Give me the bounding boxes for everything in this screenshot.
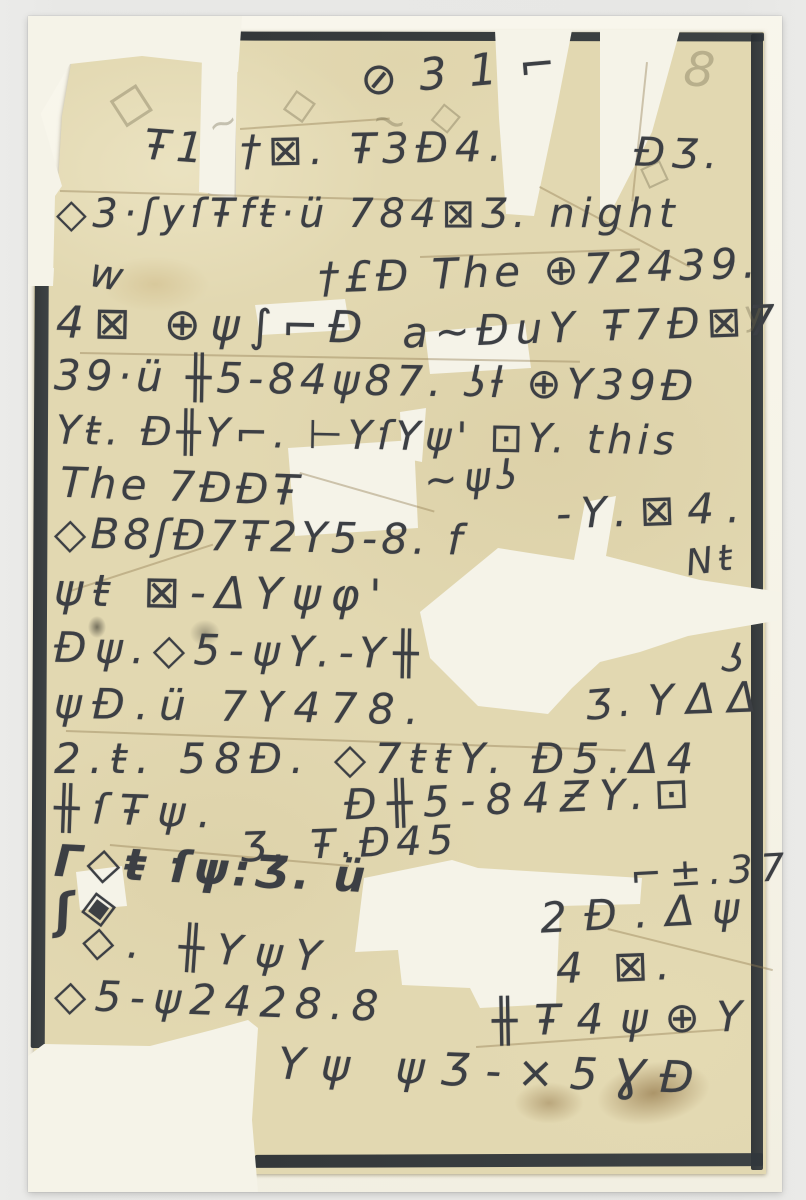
cipher-line: Ðψ.◇5-ψY.-Y╫: [54, 627, 428, 676]
cipher-line: Ŧ1: [143, 124, 212, 170]
cipher-line: YΔΔ: [647, 676, 769, 722]
cipher-line: ◇B8ʃÐ7Ŧ2Y5-8. f: [54, 512, 467, 561]
cipher-line: ╫ſŦψ.: [53, 787, 224, 835]
cipher-line: ◇. ╫YψY: [81, 919, 335, 978]
cipher-line: ⊘31⌐: [358, 41, 579, 104]
cipher-line: Yψ ψƷ-×5ƔÐ: [277, 1042, 710, 1101]
cipher-line: w: [87, 253, 132, 299]
cipher-line: ╫Ŧ4ψ⊕Y: [492, 996, 760, 1043]
manuscript-scan: ◇◇~8◇~y◇ ⊘31⌐Ŧ1†⊠. Ŧ3Ð4.ÐƷ.◇3·ʃyſŦfŧ·ü 7…: [0, 0, 806, 1200]
cipher-line: The 7ÐÐŦ: [59, 462, 303, 512]
cipher-line: ÐƷ.: [633, 132, 724, 175]
cipher-line: ψÐ.ü 7Y478.: [54, 683, 430, 732]
cipher-line: †⊠. Ŧ3Ð4.: [240, 126, 509, 173]
cipher-text-layer: ⊘31⌐Ŧ1†⊠. Ŧ3Ð4.ÐƷ.◇3·ʃyſŦfŧ·ü 784⊠Ʒ. nig…: [0, 0, 806, 1200]
cipher-line: Yŧ. Ð╫Y⌐. ⊢YſYψ' ⊡Y. this: [56, 411, 680, 462]
cipher-line: 4⊠ ⊕ψ∫⌐Ð: [56, 301, 373, 351]
cipher-line: Ð╫5-84ƵY.⊡: [343, 772, 700, 826]
cipher-line: -Y.⊠4.: [555, 487, 753, 536]
cipher-line: ◇3·ʃyſŦfŧ·ü 784⊠Ʒ. night: [56, 194, 680, 234]
cipher-line: 39·ü ╫5-84ψ87. ʖƚ ⊕Y39Ð: [54, 354, 699, 407]
cipher-line: a~ÐuY Ŧ7Ð⊠7: [401, 299, 782, 354]
cipher-line: ◇5-ψ2428.8: [53, 974, 387, 1028]
cipher-line: 2Ð.Δψ: [539, 886, 758, 939]
cipher-line: ψŧ ⊠-ΔYψφ': [54, 569, 392, 619]
cipher-line: ~ψʖ: [423, 455, 525, 502]
cipher-line: †£Ð The ⊕72439.: [317, 242, 761, 299]
cipher-line: 4 ⊠.: [555, 944, 679, 990]
cipher-line: Ʒ.: [583, 682, 638, 726]
cipher-line: Nŧ: [684, 540, 741, 583]
